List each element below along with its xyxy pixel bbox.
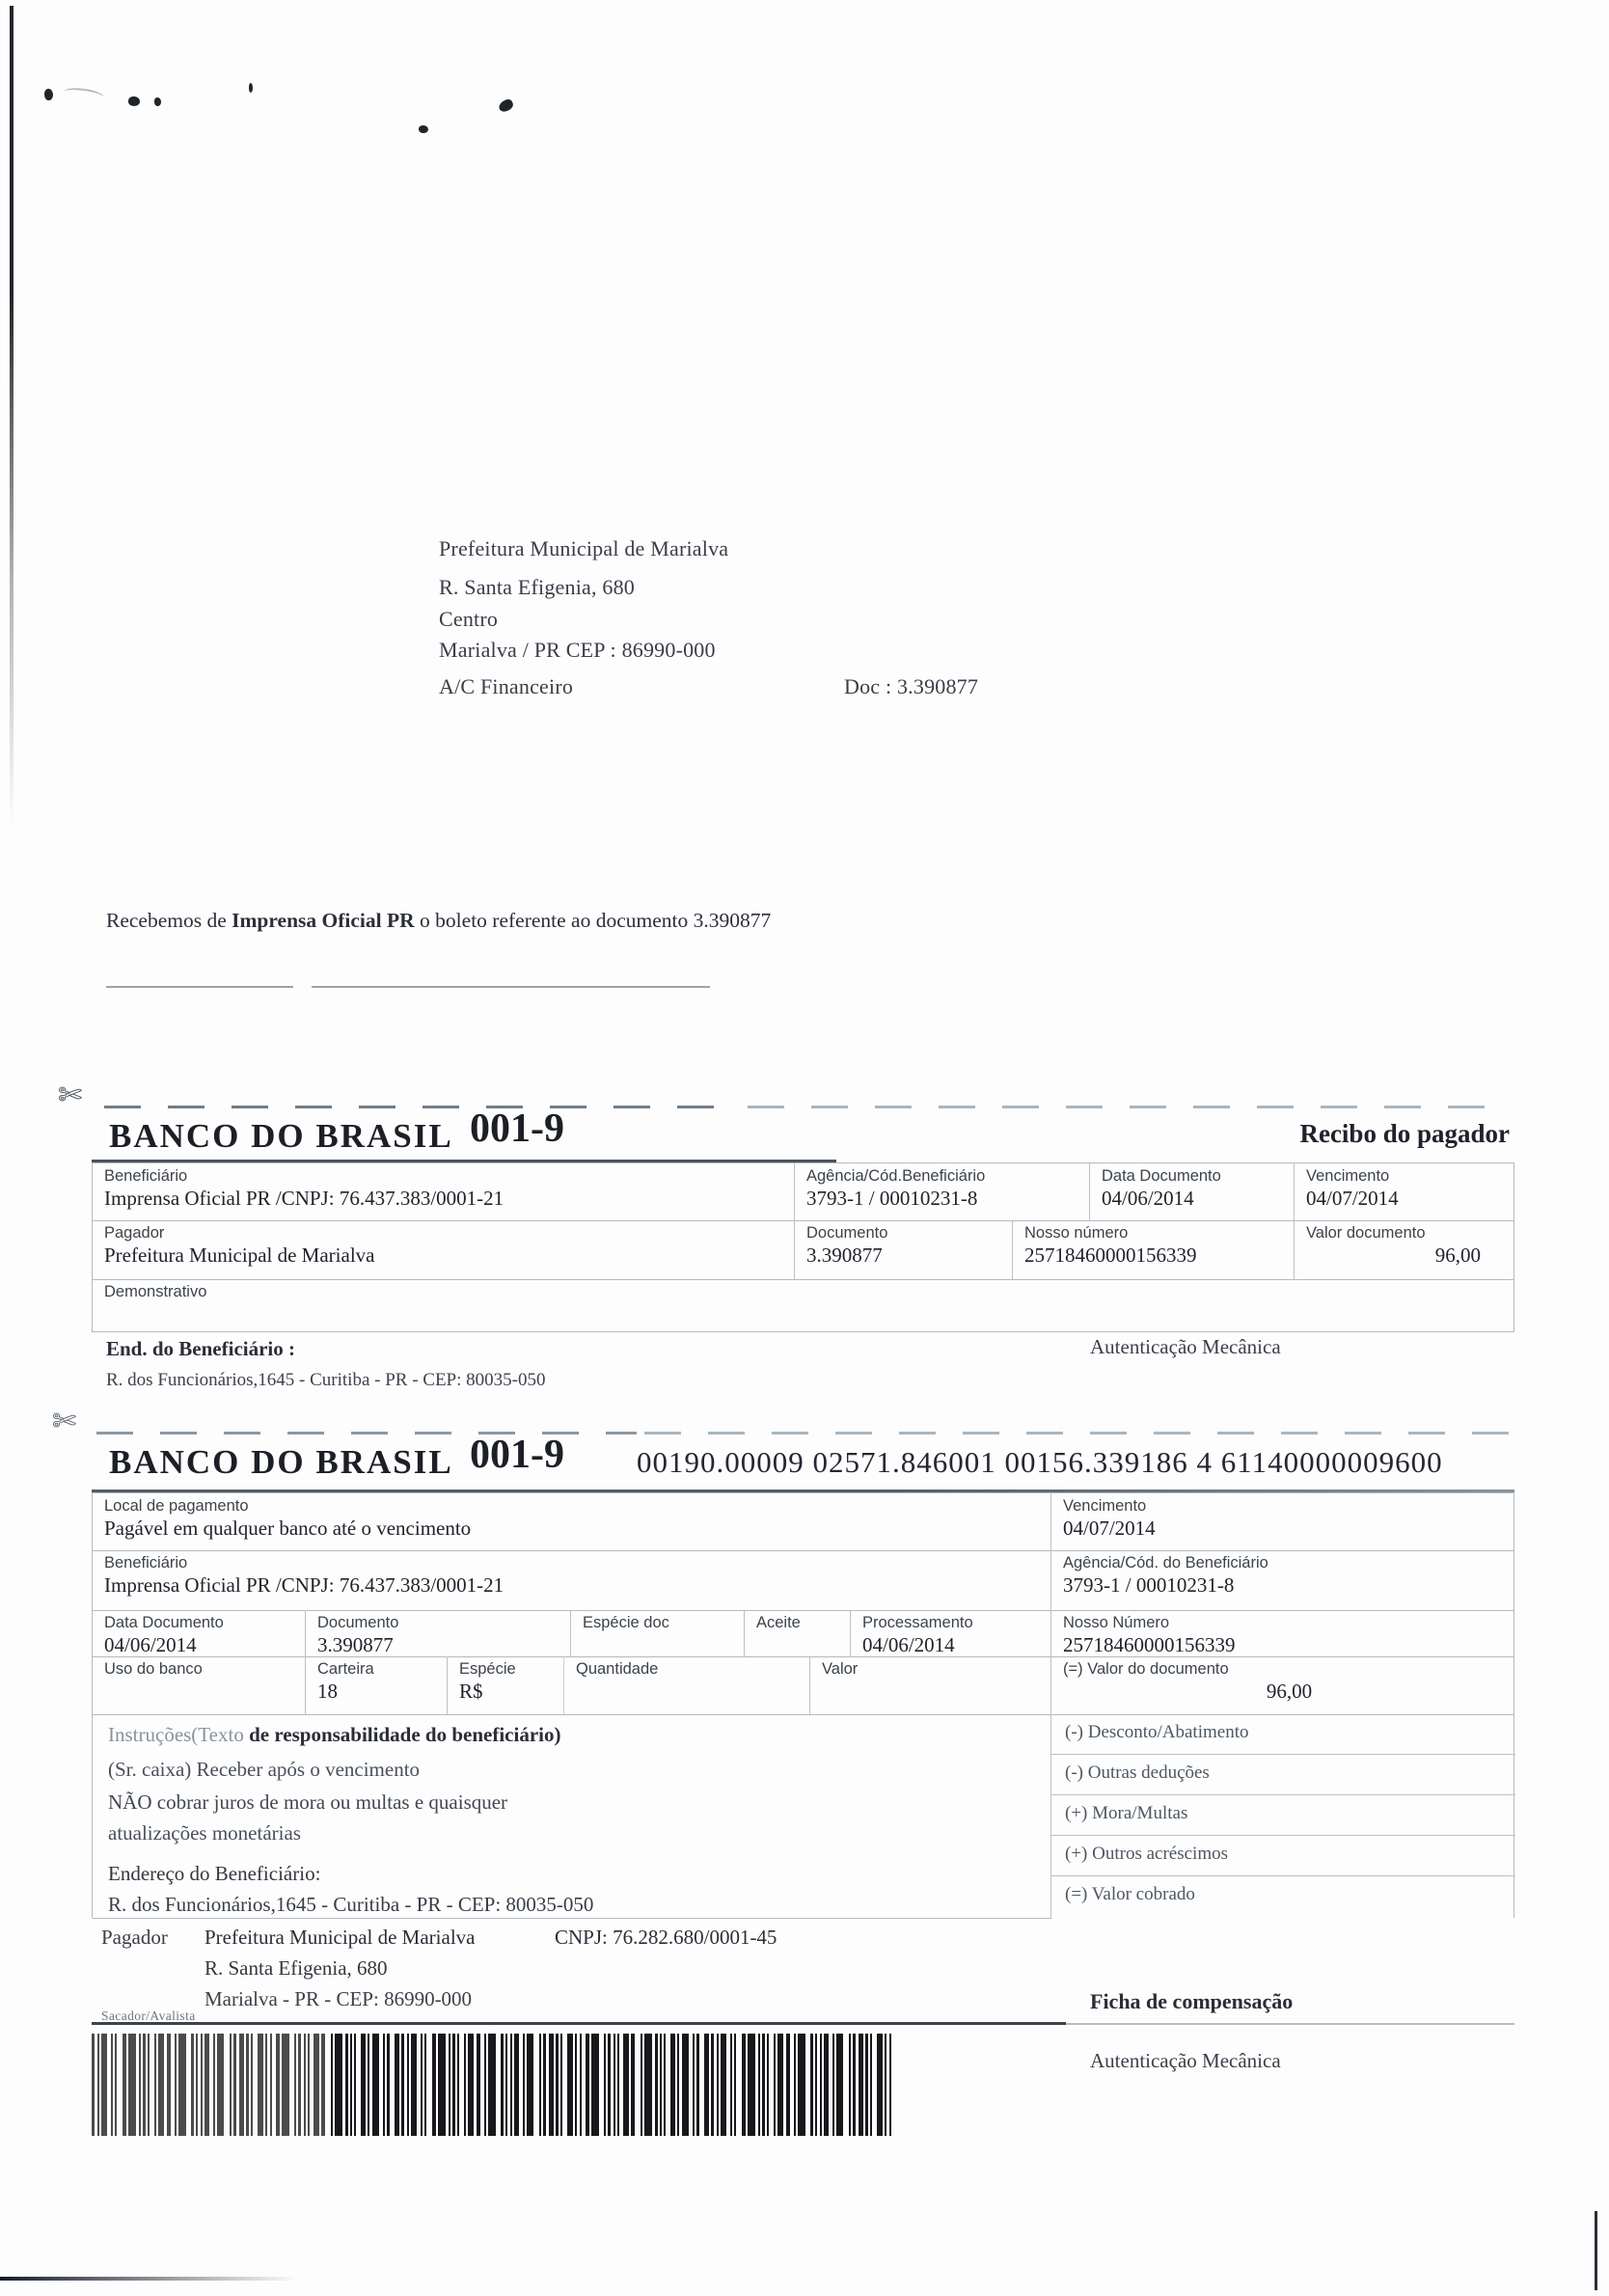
doc-number: Doc : 3.390877 bbox=[844, 674, 978, 699]
instructions-line2: (Sr. caixa) Receber após o vencimento bbox=[108, 1758, 420, 1782]
scan-smudge bbox=[63, 86, 104, 103]
field-uso-banco: Uso do banco bbox=[93, 1656, 305, 1714]
field-demonstrativo: Demonstrativo bbox=[93, 1279, 1515, 1333]
bank-name: BANCO DO BRASIL bbox=[109, 1443, 453, 1482]
address-line3: Centro bbox=[439, 607, 498, 632]
recibo-title: Recibo do pagador bbox=[1119, 1119, 1510, 1149]
field-label: Beneficiário bbox=[93, 1163, 794, 1186]
bank-name: BANCO DO BRASIL bbox=[109, 1117, 453, 1156]
payer-label: Pagador bbox=[101, 1926, 168, 1950]
fee-column: (-) Desconto/Abatimento (-) Outras deduç… bbox=[1050, 1714, 1515, 1919]
digitable-line: 00190.00009 02571.846001 00156.339186 4 … bbox=[637, 1445, 1443, 1480]
field-value: 3.390877 bbox=[795, 1243, 1012, 1268]
scan-edge-bottom bbox=[0, 2277, 299, 2281]
recibo-table: Beneficiário Imprensa Oficial PR /CNPJ: … bbox=[92, 1162, 1514, 1332]
field-label: Demonstrativo bbox=[93, 1279, 1515, 1301]
field-nosso-numero: Nosso número 25718460000156339 bbox=[1012, 1220, 1294, 1279]
field-value: 04/06/2014 bbox=[93, 1632, 305, 1657]
field-label: (=) Valor do documento bbox=[1051, 1656, 1515, 1679]
address-line4: Marialva / PR CEP : 86990-000 bbox=[439, 638, 716, 663]
fee-desconto: (-) Desconto/Abatimento bbox=[1051, 1714, 1515, 1755]
field-vencimento: Vencimento 04/07/2014 bbox=[1294, 1163, 1515, 1220]
field-pagador: Pagador Prefeitura Municipal de Marialva bbox=[93, 1220, 794, 1279]
payer-address2: Marialva - PR - CEP: 86990-000 bbox=[205, 1987, 472, 2011]
payer-address1: R. Santa Efigenia, 680 bbox=[205, 1956, 388, 1981]
bank-code: 001-9 bbox=[470, 1432, 564, 1478]
field-especie: Espécie R$ bbox=[447, 1656, 563, 1714]
field-value: 25718460000156339 bbox=[1051, 1632, 1515, 1657]
field-local-pagamento: Local de pagamento Pagável em qualquer b… bbox=[93, 1493, 1050, 1550]
instructions-line1-prefix: Instruções(Texto bbox=[108, 1723, 249, 1746]
signature-line bbox=[106, 986, 293, 988]
field-agencia: Agência/Cód.Beneficiário 3793-1 / 000102… bbox=[794, 1163, 1089, 1220]
fee-acrescimos: (+) Outros acréscimos bbox=[1051, 1836, 1515, 1876]
address-line1: Prefeitura Municipal de Marialva bbox=[439, 536, 728, 561]
table-bottom-rule bbox=[1066, 2023, 1514, 2025]
signature-line bbox=[312, 986, 710, 988]
scanned-boleto-page: Prefeitura Municipal de Marialva R. Sant… bbox=[0, 0, 1609, 2296]
field-label: Nosso Número bbox=[1051, 1610, 1515, 1632]
field-label: Nosso número bbox=[1013, 1220, 1294, 1243]
field-label: Carteira bbox=[306, 1656, 447, 1679]
field-beneficiario: Beneficiário Imprensa Oficial PR /CNPJ: … bbox=[93, 1163, 794, 1220]
fee-mora-multas: (+) Mora/Multas bbox=[1051, 1795, 1515, 1836]
field-quantidade: Quantidade bbox=[563, 1656, 809, 1714]
field-value: Imprensa Oficial PR /CNPJ: 76.437.383/00… bbox=[93, 1572, 1050, 1598]
field-label: Agência/Cód.Beneficiário bbox=[795, 1163, 1089, 1186]
field-processamento: Processamento 04/06/2014 bbox=[850, 1610, 1050, 1656]
cut-line bbox=[644, 1432, 1510, 1435]
receipt-suffix: o boleto referente ao documento 3.390877 bbox=[415, 909, 772, 932]
autenticacao-mecanica: Autenticação Mecânica bbox=[1090, 2049, 1281, 2073]
field-value: 04/07/2014 bbox=[1051, 1516, 1515, 1541]
field-value: 04/07/2014 bbox=[1295, 1186, 1515, 1211]
scan-edge-right bbox=[1595, 2211, 1597, 2290]
field-valor-documento: (=) Valor do documento 96,00 bbox=[1050, 1656, 1515, 1714]
receipt-prefix: Recebemos de bbox=[106, 909, 232, 932]
instructions-line1: Instruções(Texto de responsabilidade do … bbox=[108, 1723, 560, 1747]
field-value: 3793-1 / 00010231-8 bbox=[795, 1186, 1089, 1211]
field-label: Aceite bbox=[745, 1610, 850, 1632]
field-value: 3793-1 / 00010231-8 bbox=[1051, 1572, 1515, 1598]
scan-speck bbox=[128, 96, 140, 106]
field-carteira: Carteira 18 bbox=[305, 1656, 447, 1714]
cut-line bbox=[748, 1106, 1510, 1108]
field-value: 96,00 bbox=[1295, 1243, 1515, 1268]
field-label: Vencimento bbox=[1051, 1493, 1515, 1516]
field-label: Documento bbox=[306, 1610, 570, 1632]
field-agencia: Agência/Cód. do Beneficiário 3793-1 / 00… bbox=[1050, 1550, 1515, 1610]
field-value: 3.390877 bbox=[306, 1632, 570, 1657]
payer-name: Prefeitura Municipal de Marialva bbox=[205, 1926, 475, 1950]
field-label: Data Documento bbox=[1090, 1163, 1294, 1186]
field-value: 18 bbox=[306, 1679, 447, 1704]
field-label: Documento bbox=[795, 1220, 1012, 1243]
field-label: Valor bbox=[810, 1656, 1050, 1679]
beneficiary-address-value: R. dos Funcionários,1645 - Curitiba - PR… bbox=[106, 1370, 545, 1391]
field-nosso-numero: Nosso Número 25718460000156339 bbox=[1050, 1610, 1515, 1656]
field-value: Pagável em qualquer banco até o vencimen… bbox=[93, 1516, 1050, 1541]
field-value: 25718460000156339 bbox=[1013, 1243, 1294, 1268]
cut-line bbox=[104, 1106, 736, 1108]
scan-speck bbox=[154, 97, 161, 106]
receipt-sentence: Recebemos de Imprensa Oficial PR o bolet… bbox=[106, 909, 771, 933]
fee-deducoes: (-) Outras deduções bbox=[1051, 1755, 1515, 1795]
field-data-documento: Data Documento 04/06/2014 bbox=[93, 1610, 305, 1656]
field-value: R$ bbox=[448, 1679, 563, 1704]
field-value: 04/06/2014 bbox=[851, 1632, 1050, 1657]
field-valor-documento: Valor documento 96,00 bbox=[1294, 1220, 1515, 1279]
beneficiary-address-label: End. do Beneficiário : bbox=[106, 1337, 295, 1361]
scan-speck bbox=[497, 97, 514, 113]
autenticacao-mecanica: Autenticação Mecânica bbox=[1090, 1335, 1281, 1359]
instructions-line3: NÃO cobrar juros de mora ou multas e qua… bbox=[108, 1790, 507, 1815]
barcode bbox=[92, 2034, 910, 2136]
field-documento: Documento 3.390877 bbox=[794, 1220, 1012, 1279]
table-bottom-rule bbox=[92, 2022, 1066, 2025]
bank-code: 001-9 bbox=[470, 1106, 564, 1152]
address-line5: A/C Financeiro bbox=[439, 674, 573, 699]
field-aceite: Aceite bbox=[744, 1610, 850, 1656]
scissors-icon: ✄ bbox=[58, 1079, 82, 1112]
fee-valor-cobrado: (=) Valor cobrado bbox=[1051, 1876, 1515, 1917]
scissors-icon: ✄ bbox=[52, 1405, 76, 1438]
field-documento: Documento 3.390877 bbox=[305, 1610, 570, 1656]
field-label: Beneficiário bbox=[93, 1550, 1050, 1572]
field-label: Processamento bbox=[851, 1610, 1050, 1632]
field-value: 96,00 bbox=[1051, 1679, 1515, 1704]
instructions-line4: atualizações monetárias bbox=[108, 1821, 301, 1845]
receipt-emphasis: Imprensa Oficial PR bbox=[232, 909, 415, 932]
field-label: Data Documento bbox=[93, 1610, 305, 1632]
field-label: Uso do banco bbox=[93, 1656, 305, 1679]
field-value: Imprensa Oficial PR /CNPJ: 76.437.383/00… bbox=[93, 1186, 794, 1211]
field-label: Pagador bbox=[93, 1220, 794, 1243]
field-data-documento: Data Documento 04/06/2014 bbox=[1089, 1163, 1294, 1220]
field-value: Prefeitura Municipal de Marialva bbox=[93, 1243, 794, 1268]
field-label: Local de pagamento bbox=[93, 1493, 1050, 1516]
scan-speck bbox=[249, 83, 253, 93]
field-label: Vencimento bbox=[1295, 1163, 1515, 1186]
compensacao-table: Local de pagamento Pagável em qualquer b… bbox=[92, 1492, 1514, 1918]
field-label: Espécie bbox=[448, 1656, 563, 1679]
scan-edge-left bbox=[10, 6, 14, 828]
field-label: Espécie doc bbox=[571, 1610, 744, 1632]
address-line2: R. Santa Efigenia, 680 bbox=[439, 575, 635, 600]
payer-cnpj: CNPJ: 76.282.680/0001-45 bbox=[555, 1926, 777, 1950]
scan-speck bbox=[419, 125, 428, 133]
field-especie-doc: Espécie doc bbox=[570, 1610, 744, 1656]
field-vencimento: Vencimento 04/07/2014 bbox=[1050, 1493, 1515, 1550]
field-value: 04/06/2014 bbox=[1090, 1186, 1294, 1211]
ficha-compensacao-label: Ficha de compensação bbox=[1090, 1989, 1293, 2014]
field-label: Agência/Cód. do Beneficiário bbox=[1051, 1550, 1515, 1572]
field-valor: Valor bbox=[809, 1656, 1050, 1714]
field-beneficiario: Beneficiário Imprensa Oficial PR /CNPJ: … bbox=[93, 1550, 1050, 1610]
scan-speck bbox=[44, 89, 53, 100]
field-label: Quantidade bbox=[564, 1656, 809, 1679]
instructions-line1-bold: de responsabilidade do beneficiário) bbox=[249, 1723, 560, 1746]
beneficiary-address-value: R. dos Funcionários,1645 - Curitiba - PR… bbox=[108, 1893, 593, 1917]
beneficiary-address-label: Endereço do Beneficiário: bbox=[108, 1862, 320, 1886]
field-label: Valor documento bbox=[1295, 1220, 1515, 1243]
